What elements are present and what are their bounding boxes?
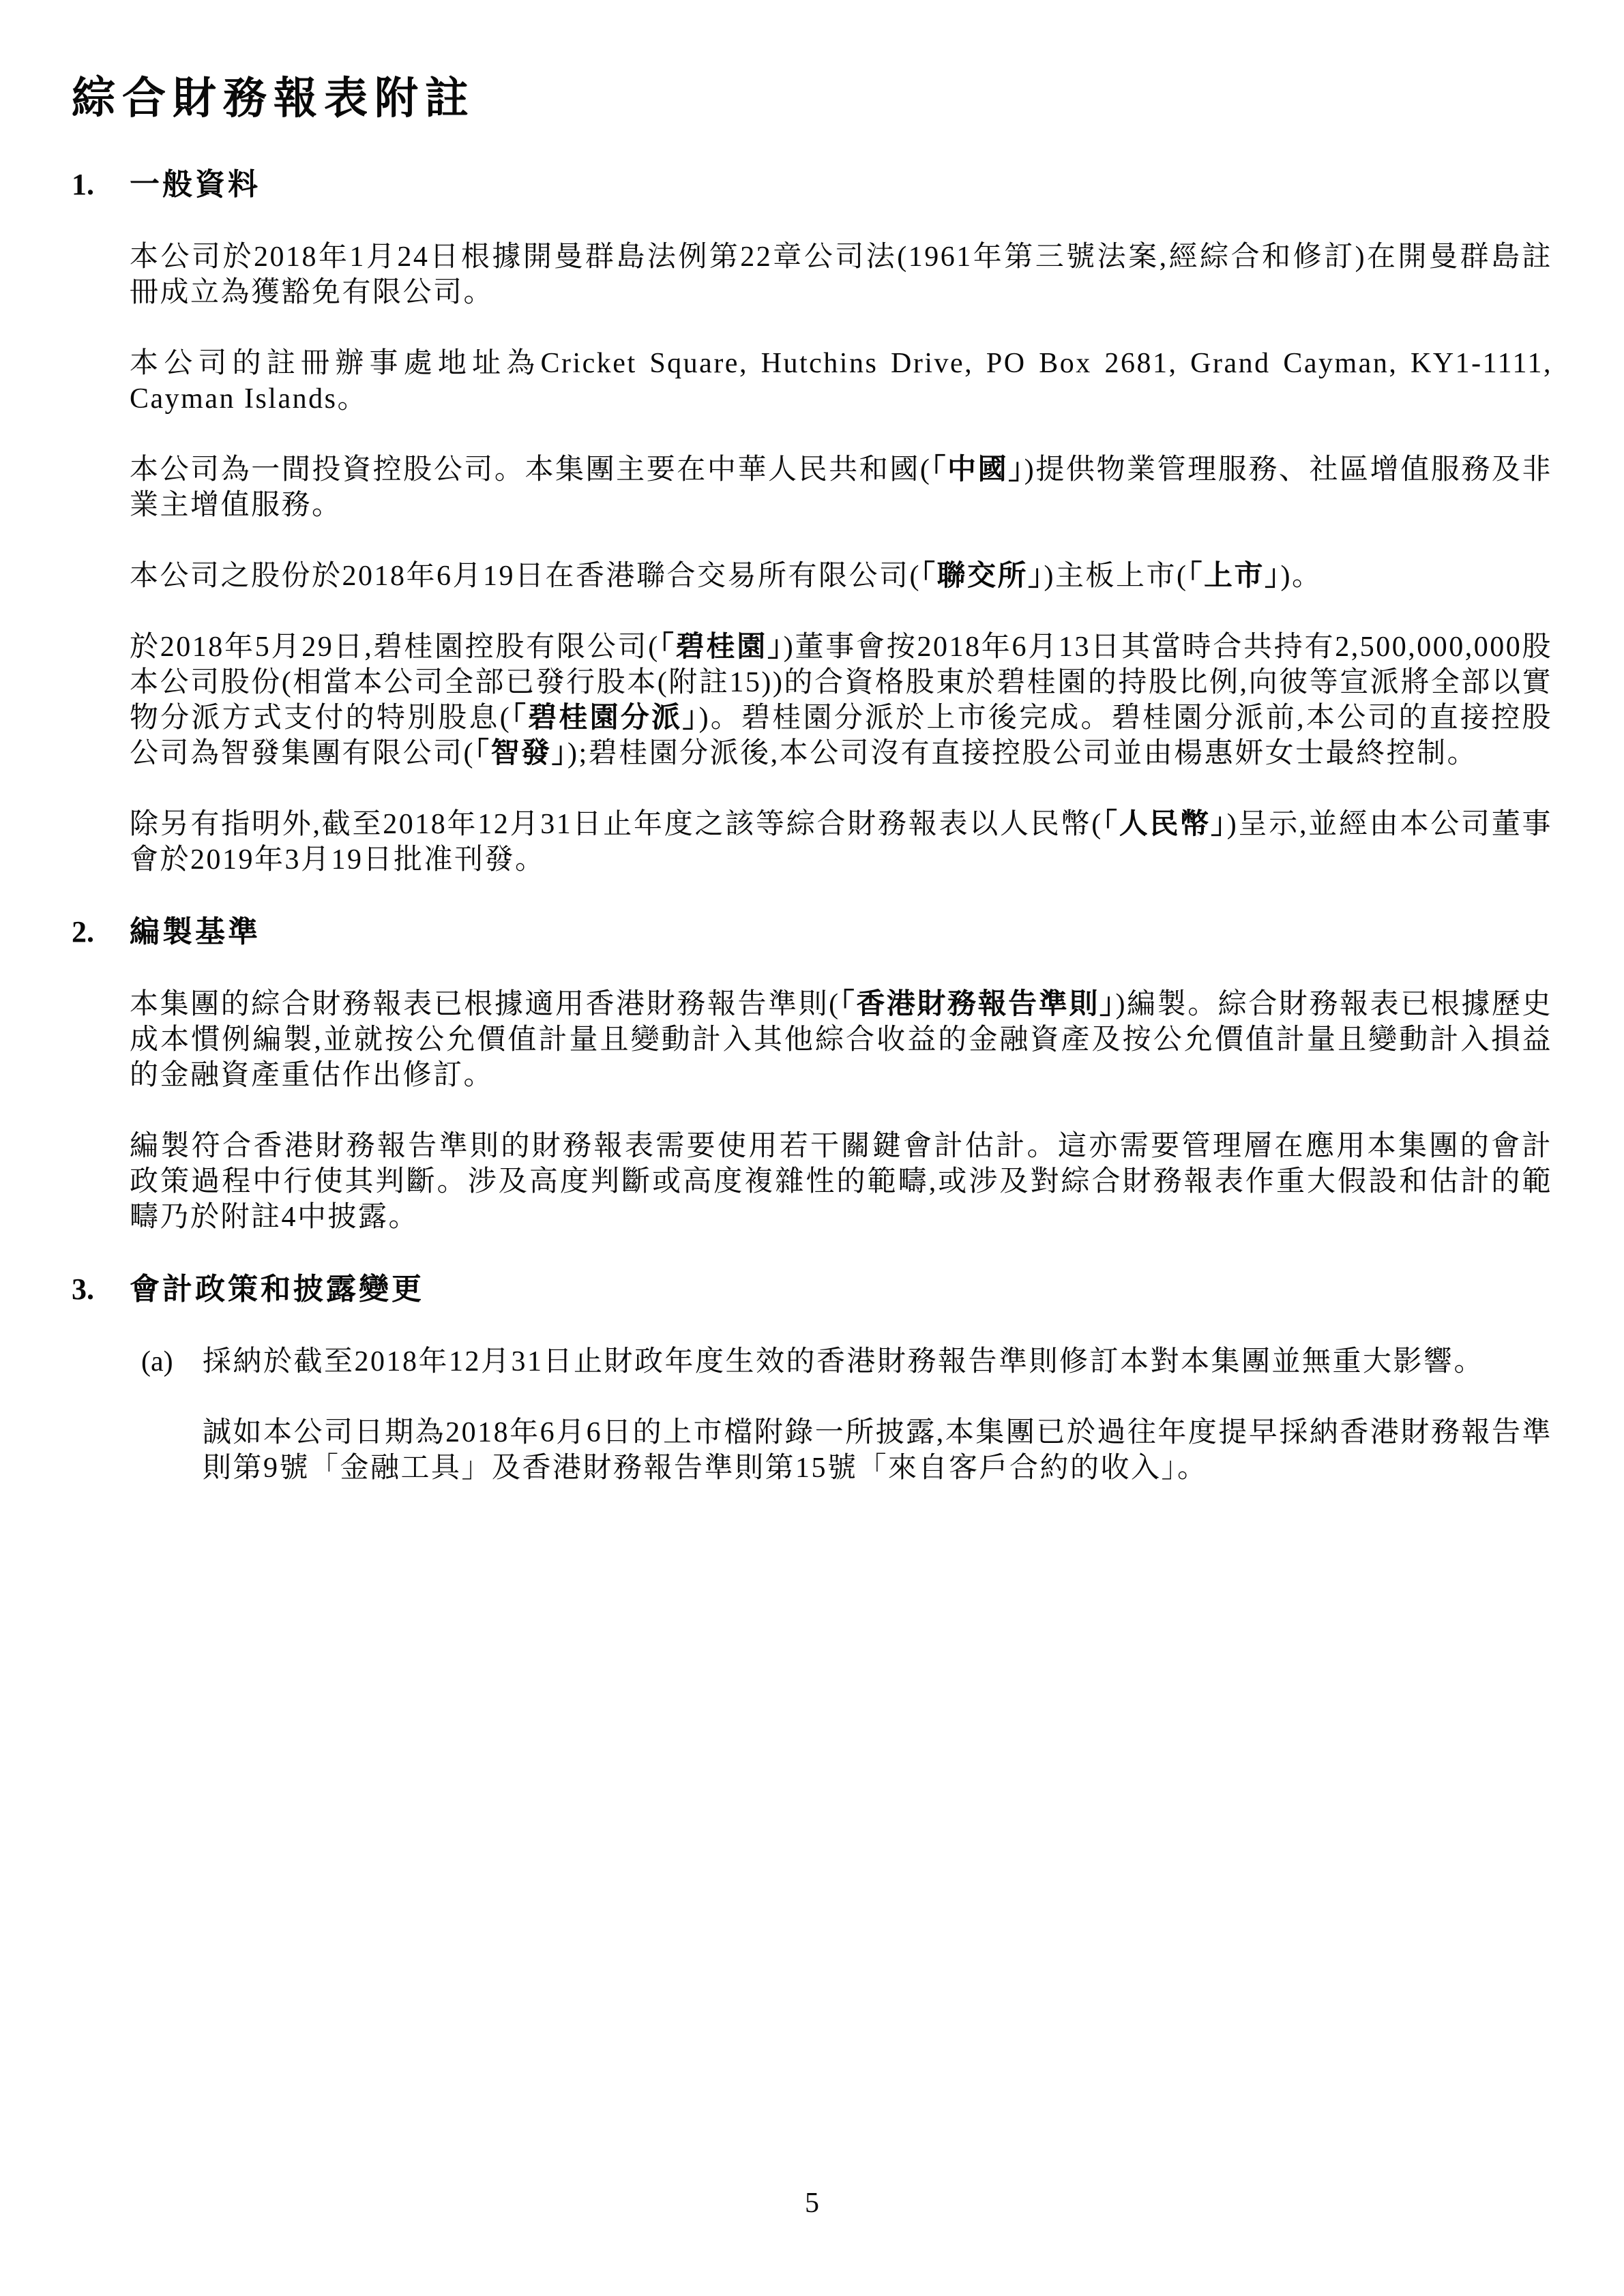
section-number: 2. [72,913,130,951]
paragraph: 編製符合香港財務報告準則的財務報表需要使用若干關鍵會計估計。這亦需要管理層在應用… [130,1129,1552,1235]
list-item-label: (a) [141,1344,203,1380]
page-number: 5 [805,2188,819,2219]
section-title: 一般資料 [130,166,261,204]
section-heading: 1.一般資料 [72,166,1552,204]
paragraph: 於2018年5月29日,碧桂園控股有限公司(「碧桂園」)董事會按2018年6月1… [130,629,1552,771]
section-body: (a)採納於截至2018年12月31日止財政年度生效的香港財務報告準則修訂本對本… [130,1344,1552,1486]
paragraph: 本公司的註冊辦事處地址為Cricket Square, Hutchins Dri… [130,346,1552,417]
paragraph: 本公司之股份於2018年6月19日在香港聯合交易所有限公司(「聯交所」)主板上市… [130,558,1552,594]
text-run: 除另有指明外,截至2018年12月31日止年度之該等綜合財務報表以人民幣( [130,809,1103,840]
paragraph: 誠如本公司日期為2018年6月6日的上市檔附錄一所披露,本集團已於過往年度提早採… [203,1415,1552,1486]
text-run: 編製符合香港財務報告準則的財務報表需要使用若干關鍵會計估計。這亦需要管理層在應用… [130,1131,1552,1233]
paragraph: 採納於截至2018年12月31日止財政年度生效的香港財務報告準則修訂本對本集團並… [203,1344,1552,1380]
note-section: 2.編製基準本集團的綜合財務報表已根據適用香港財務報告準則(「香港財務報告準則」… [72,913,1552,1235]
section-body: 本集團的綜合財務報表已根據適用香港財務報告準則(「香港財務報告準則」)編製。綜合… [130,987,1552,1235]
text-run: 採納於截至2018年12月31日止財政年度生效的香港財務報告準則修訂本對本集團並… [203,1346,1484,1377]
text-run: 本公司為一間投資控股公司。本集團主要在中華人民共和國( [130,454,931,486]
defined-term: 「香港財務報告準則」 [840,989,1116,1020]
page-title: 綜合財務報表附註 [72,72,1552,126]
section-heading: 2.編製基準 [72,913,1552,951]
notes-sections: 1.一般資料本公司於2018年1月24日根據開曼群島法例第22章公司法(1961… [72,166,1552,1486]
paragraph: 本集團的綜合財務報表已根據適用香港財務報告準則(「香港財務報告準則」)編製。綜合… [130,987,1552,1093]
section-number: 1. [72,166,130,204]
paragraph: 除另有指明外,截至2018年12月31日止年度之該等綜合財務報表以人民幣(「人民… [130,807,1552,878]
section-number: 3. [72,1270,130,1309]
text-run: )。 [1281,561,1323,592]
section-heading: 3.會計政策和披露變更 [72,1270,1552,1309]
text-run: );碧桂園分派後,本公司沒有直接控股公司並由楊惠妍女士最終控制。 [567,738,1477,769]
note-section: 3.會計政策和披露變更(a)採納於截至2018年12月31日止財政年度生效的香港… [72,1270,1552,1486]
list-item: (a)採納於截至2018年12月31日止財政年度生效的香港財務報告準則修訂本對本… [130,1344,1552,1380]
text-run: )主板上市( [1044,561,1188,592]
page-footer: 5 [0,2186,1624,2221]
defined-term: 「人民幣」 [1103,809,1227,840]
defined-term: 「碧桂園」 [660,631,784,663]
defined-term: 「聯交所」 [921,561,1044,592]
text-run: 誠如本公司日期為2018年6月6日的上市檔附錄一所披露,本集團已於過往年度提早採… [203,1417,1552,1484]
section-body: 本公司於2018年1月24日根據開曼群島法例第22章公司法(1961年第三號法案… [130,239,1552,878]
section-title: 會計政策和披露變更 [130,1270,424,1309]
paragraph: 本公司為一間投資控股公司。本集團主要在中華人民共和國(「中國」)提供物業管理服務… [130,452,1552,523]
text-run: 本公司的註冊辦事處地址為Cricket Square, Hutchins Dri… [130,348,1552,415]
section-title: 編製基準 [130,913,261,951]
document-page: 綜合財務報表附註 1.一般資料本公司於2018年1月24日根據開曼群島法例第22… [0,0,1624,2296]
defined-term: 「碧桂園分派」 [511,702,698,734]
paragraph: 本公司於2018年1月24日根據開曼群島法例第22章公司法(1961年第三號法案… [130,239,1552,310]
defined-term: 「中國」 [931,454,1024,486]
text-run: 本公司之股份於2018年6月19日在香港聯合交易所有限公司( [130,561,921,592]
text-run: 本公司於2018年1月24日根據開曼群島法例第22章公司法(1961年第三號法案… [130,241,1552,308]
note-section: 1.一般資料本公司於2018年1月24日根據開曼群島法例第22章公司法(1961… [72,166,1552,878]
text-run: 於2018年5月29日,碧桂園控股有限公司( [130,631,660,663]
defined-term: 「上市」 [1188,561,1281,592]
defined-term: 「智發」 [475,738,567,769]
text-run: 本集團的綜合財務報表已根據適用香港財務報告準則( [130,989,840,1020]
